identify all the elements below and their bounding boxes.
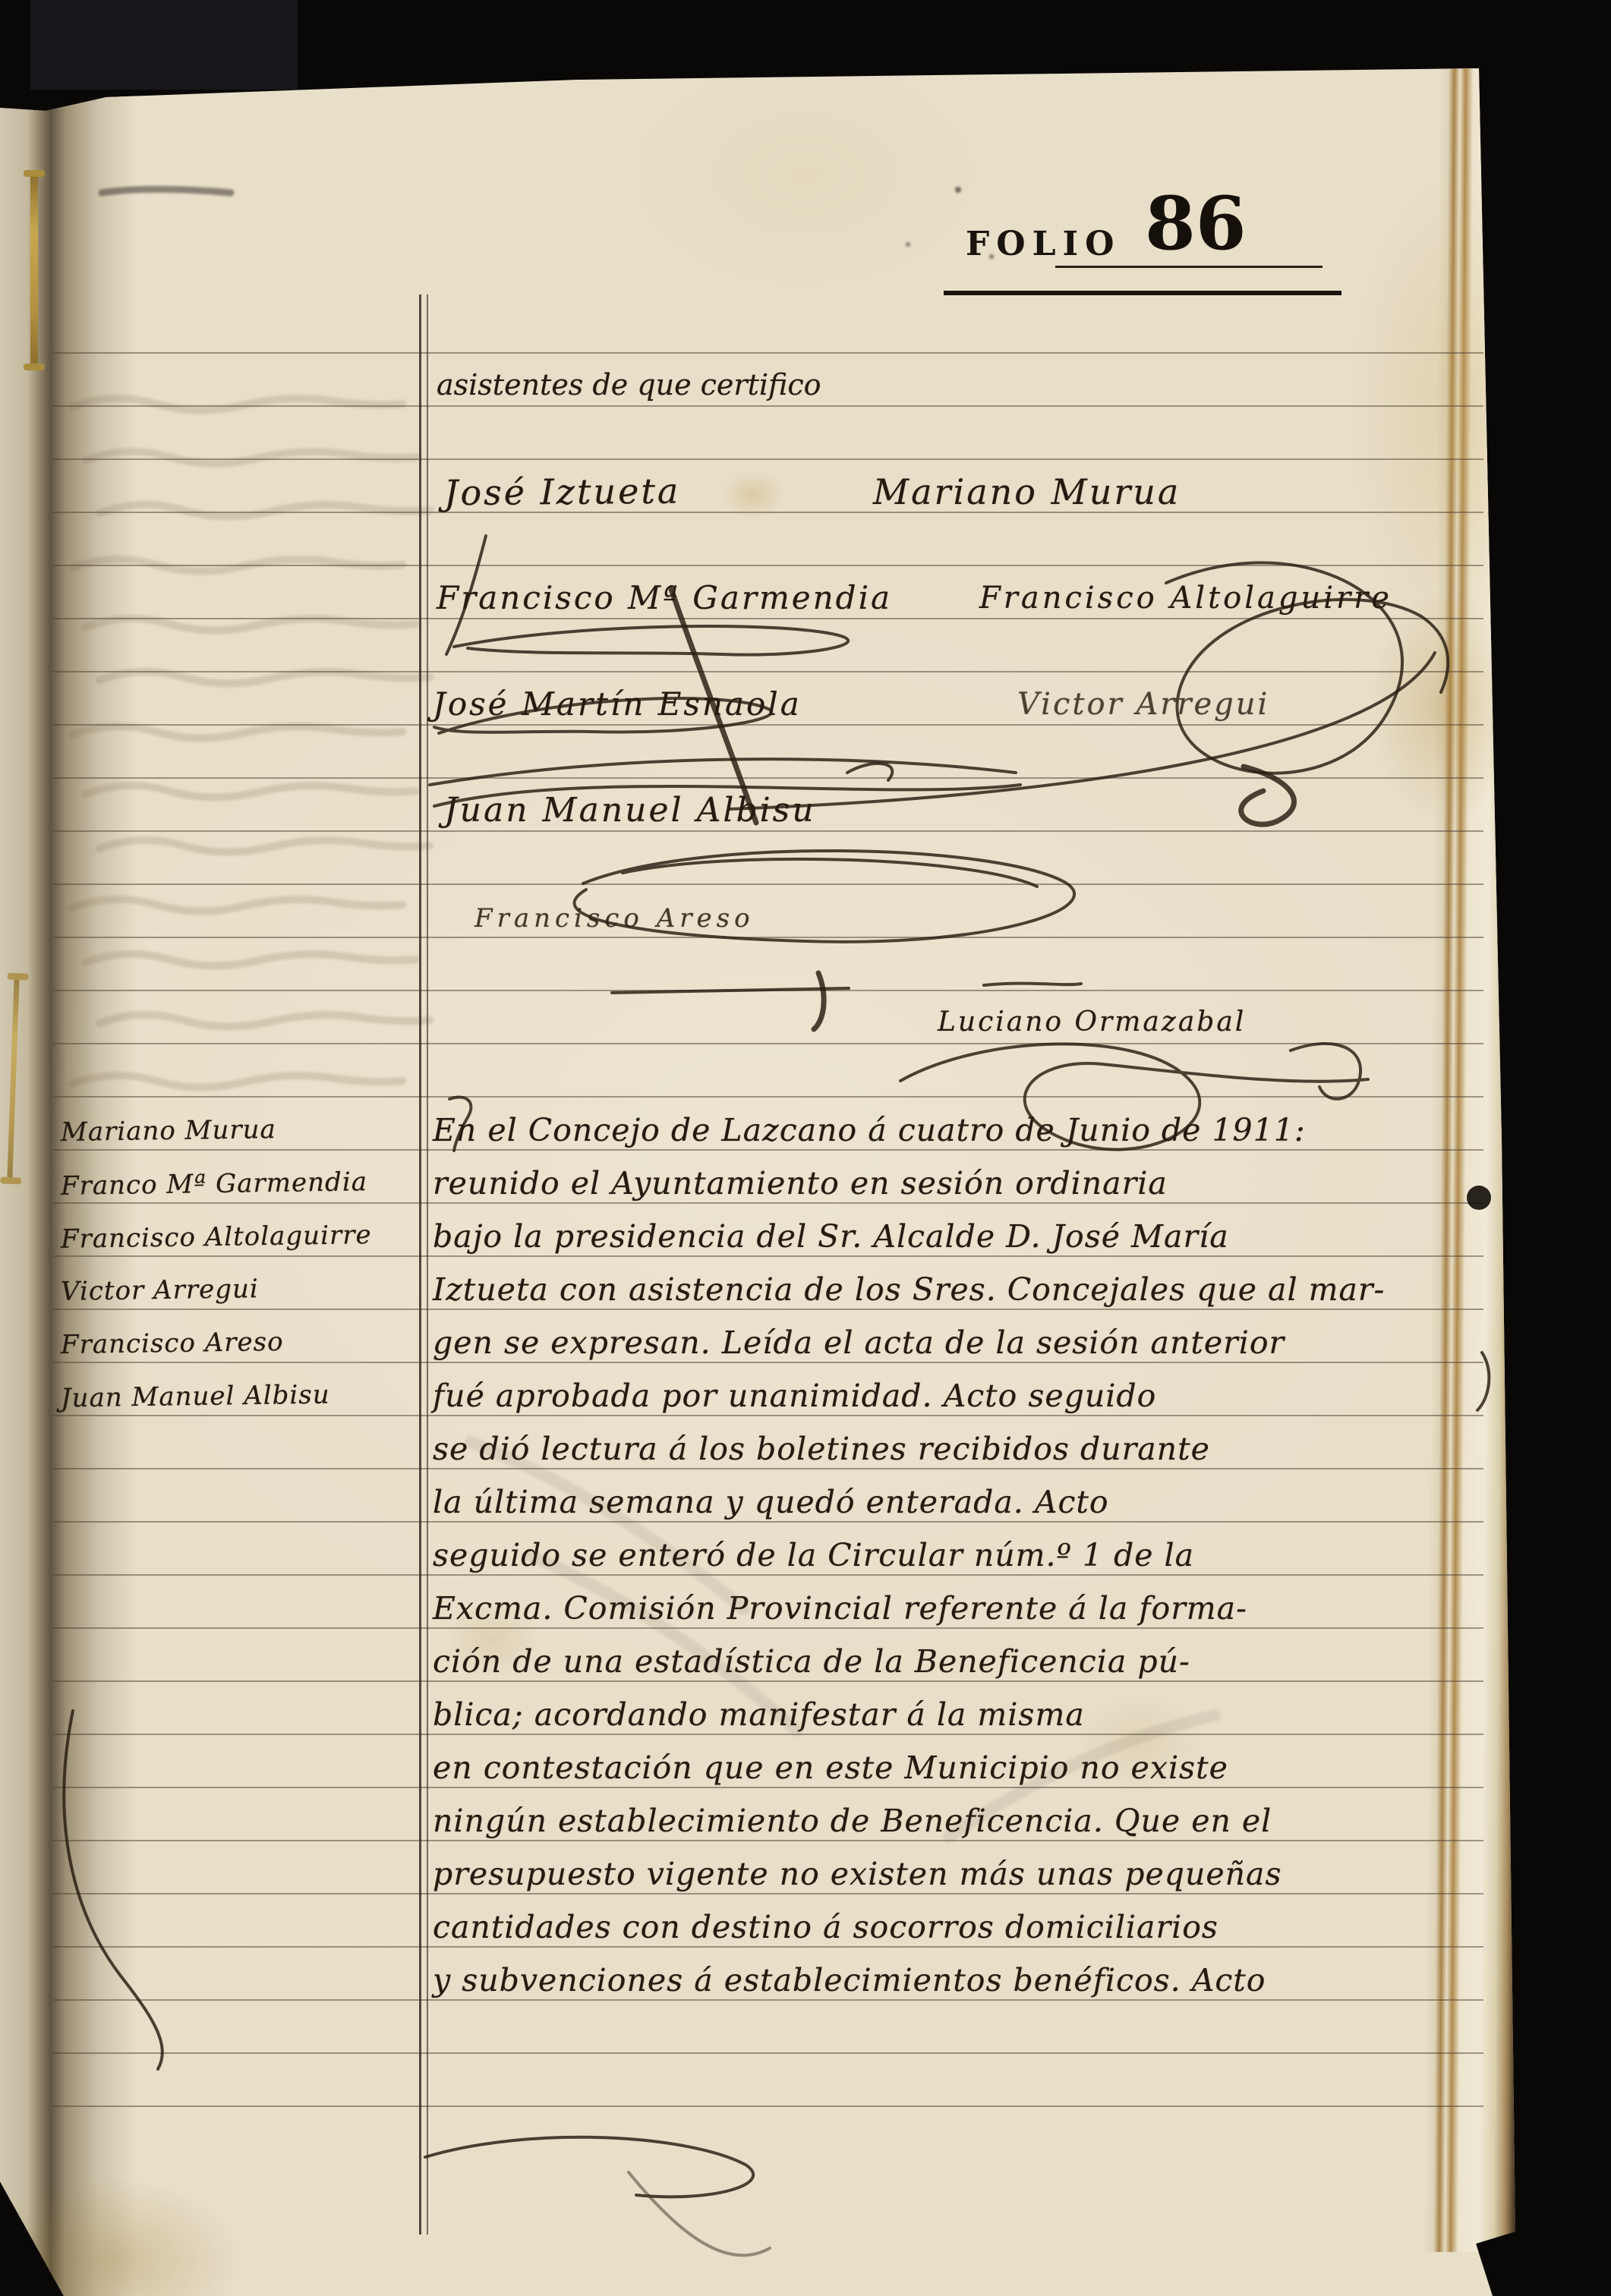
body-line: la última semana y quedó enterada. Acto xyxy=(433,1482,1109,1523)
body-line: se dió lectura á los boletines recibidos… xyxy=(433,1428,1210,1469)
body-line: ningún establecimiento de Beneficencia. … xyxy=(433,1800,1272,1841)
body-line: presupuesto vigente no existen más unas … xyxy=(433,1853,1282,1894)
folio-underline xyxy=(1055,266,1323,268)
ink-speck xyxy=(906,242,910,247)
margin-name: Francisco Altolaguirre xyxy=(61,1218,372,1256)
body-line: Excma. Comisión Provincial referente á l… xyxy=(433,1588,1247,1629)
folio-number: 86 xyxy=(1145,181,1247,266)
body-line: En el Concejo de Lazcano á cuatro de Jun… xyxy=(433,1110,1306,1151)
certification-line: asistentes de que certifico xyxy=(437,366,821,404)
margin-name: Francisco Areso xyxy=(61,1325,284,1362)
margin-name: Franco Mª Garmendia xyxy=(61,1165,368,1203)
body-line: gen se expresan. Leída el acta de la ses… xyxy=(433,1322,1285,1363)
body-line: bajo la presidencia del Sr. Alcalde D. J… xyxy=(433,1216,1229,1257)
background-shadow xyxy=(30,0,298,90)
manuscript-page: FOLIO 86 asistentes de que certifico Jos… xyxy=(0,0,1611,2296)
body-line: reunido el Ayuntamiento en sesión ordina… xyxy=(433,1163,1168,1204)
body-line: Iztueta con asistencia de los Sres. Conc… xyxy=(433,1269,1385,1310)
body-line: en contestación que en este Municipio no… xyxy=(433,1747,1228,1788)
binding-thread xyxy=(30,173,38,367)
body-line: ción de una estadística de la Beneficenc… xyxy=(433,1641,1190,1682)
signature-francisco-areso: Francisco Areso xyxy=(474,900,755,937)
signature-luciano-ormazabal: Luciano Ormazabal xyxy=(938,1003,1246,1041)
body-line: fué aprobada por unanimidad. Acto seguid… xyxy=(433,1375,1156,1416)
margin-name: Victor Arregui xyxy=(61,1272,259,1309)
body-line: blica; acordando manifestar á la misma xyxy=(433,1694,1085,1735)
ink-speck xyxy=(955,187,961,193)
margin-name: Juan Manuel Albisu xyxy=(61,1378,330,1416)
body-line: y subvenciones á establecimientos benéfi… xyxy=(433,1960,1266,2001)
signature-victor-arregui: Victor Arregui xyxy=(1017,683,1269,726)
header-rule xyxy=(944,291,1341,295)
signature-jose-iztueta: José Iztueta xyxy=(444,470,681,515)
body-line: seguido se enteró de la Circular núm.º 1… xyxy=(433,1535,1194,1576)
signature-francisco-altolaguirre: Francisco Altolaguirre xyxy=(979,577,1392,619)
signature-jose-martin-esnaola: José Martín Esnaola xyxy=(433,683,802,726)
margin-name: Mariano Murua xyxy=(61,1113,276,1149)
folio-label: FOLIO xyxy=(966,225,1121,263)
manuscript-photo: FOLIO 86 asistentes de que certifico Jos… xyxy=(0,0,1611,2296)
margin-rule-line xyxy=(419,294,428,2235)
body-line: cantidades con destino á socorros domici… xyxy=(433,1907,1218,1948)
signature-juan-manuel-albisu: Juan Manuel Albisu xyxy=(444,789,816,832)
signature-mariano-murua: Mariano Murua xyxy=(873,471,1181,513)
signature-francisco-garmendia: Francisco Mª Garmendia xyxy=(437,577,892,619)
